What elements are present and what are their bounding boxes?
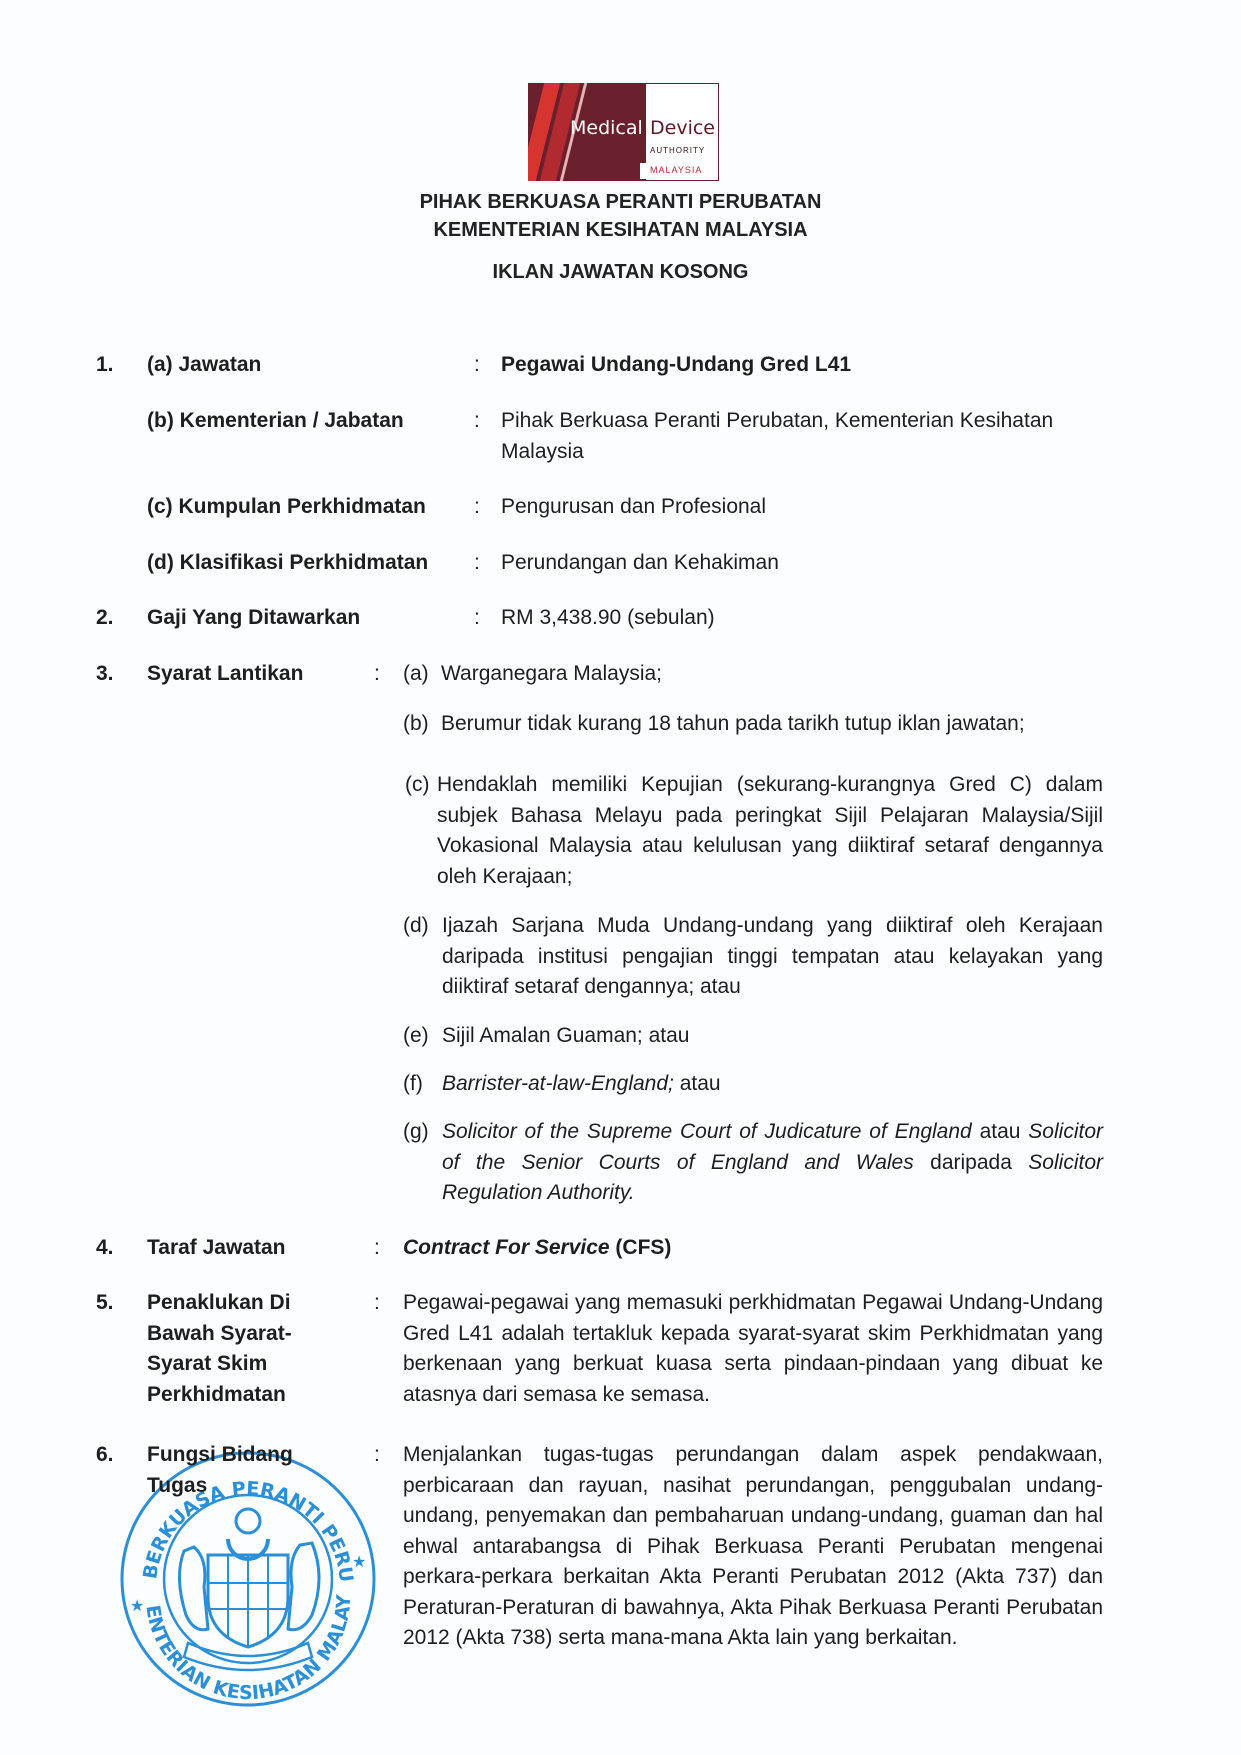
item-b-marker: (b): [403, 709, 429, 739]
item-g-text: Solicitor of the Supreme Court of Judica…: [442, 1117, 1103, 1209]
document-title: IKLAN JAWATAN KOSONG: [0, 261, 1241, 284]
item-g-marker: (g): [403, 1117, 429, 1147]
item-f-marker: (f): [403, 1069, 423, 1099]
item-c-text: Hendaklah memiliki Kepujian (sekurang-ku…: [437, 770, 1103, 892]
colon: :: [474, 350, 480, 380]
ministry-name: KEMENTERIAN KESIHATAN MALAYSIA: [0, 219, 1241, 242]
logo-word-device: Device: [650, 117, 715, 139]
klasifikasi-label: (d) Klasifikasi Perkhidmatan: [147, 548, 428, 578]
kementerian-label: (b) Kementerian / Jabatan: [147, 406, 404, 436]
fungsi-bidang-label: Fungsi Bidang Tugas: [147, 1440, 293, 1501]
jawatan-label: (a) Jawatan: [147, 350, 261, 380]
penaklukan-text: Pegawai-pegawai yang memasuki perkhidmat…: [403, 1288, 1103, 1410]
item-e-text: Sijil Amalan Guaman; atau: [442, 1021, 689, 1051]
taraf-jawatan-label: Taraf Jawatan: [147, 1233, 286, 1263]
section-4-number: 4.: [96, 1233, 114, 1263]
colon: :: [374, 659, 380, 689]
colon: :: [474, 406, 480, 436]
item-c-marker: (c): [405, 770, 430, 800]
jawatan-value: Pegawai Undang-Undang Gred L41: [501, 350, 851, 380]
section-5-number: 5.: [96, 1288, 114, 1318]
section-6-number: 6.: [96, 1440, 114, 1470]
gaji-label: Gaji Yang Ditawarkan: [147, 603, 360, 633]
logo-word-authority: AUTHORITY: [650, 146, 705, 155]
item-a-marker: (a): [403, 659, 429, 689]
section-3-number: 3.: [96, 659, 114, 689]
taraf-jawatan-value: Contract For Service (CFS): [403, 1233, 671, 1263]
colon: :: [474, 492, 480, 522]
item-e-marker: (e): [403, 1021, 429, 1051]
svg-text:★: ★: [130, 1596, 144, 1615]
logo-word-medical: Medical: [570, 117, 643, 139]
gaji-value: RM 3,438.90 (sebulan): [501, 603, 715, 633]
svg-text:★: ★: [352, 1552, 366, 1571]
item-f-text: Barrister-at-law-England; atau: [442, 1069, 721, 1099]
item-d-text: Ijazah Sarjana Muda Undang-undang yang d…: [442, 911, 1103, 1003]
item-d-marker: (d): [403, 911, 429, 941]
fungsi-bidang-text: Menjalankan tugas-tugas perundangan dala…: [403, 1440, 1103, 1654]
section-1-number: 1.: [96, 350, 114, 380]
colon: :: [474, 603, 480, 633]
mda-logo: Medical Device AUTHORITY MALAYSIA: [528, 83, 720, 181]
section-2-number: 2.: [96, 603, 114, 633]
klasifikasi-value: Perundangan dan Kehakiman: [501, 548, 779, 578]
kumpulan-label: (c) Kumpulan Perkhidmatan: [147, 492, 426, 522]
penaklukan-label: Penaklukan Di Bawah Syarat- Syarat Skim …: [147, 1288, 292, 1410]
colon: :: [374, 1233, 380, 1263]
item-b-text: Berumur tidak kurang 18 tahun pada tarik…: [441, 709, 1025, 739]
colon: :: [474, 548, 480, 578]
org-name: PIHAK BERKUASA PERANTI PERUBATAN: [0, 191, 1241, 214]
logo-word-malaysia: MALAYSIA: [650, 165, 702, 175]
syarat-lantikan-label: Syarat Lantikan: [147, 659, 303, 689]
kementerian-value: Pihak Berkuasa Peranti Perubatan, Kement…: [501, 406, 1101, 467]
colon: :: [374, 1288, 380, 1318]
item-a-text: Warganegara Malaysia;: [441, 659, 662, 689]
kumpulan-value: Pengurusan dan Profesional: [501, 492, 766, 522]
